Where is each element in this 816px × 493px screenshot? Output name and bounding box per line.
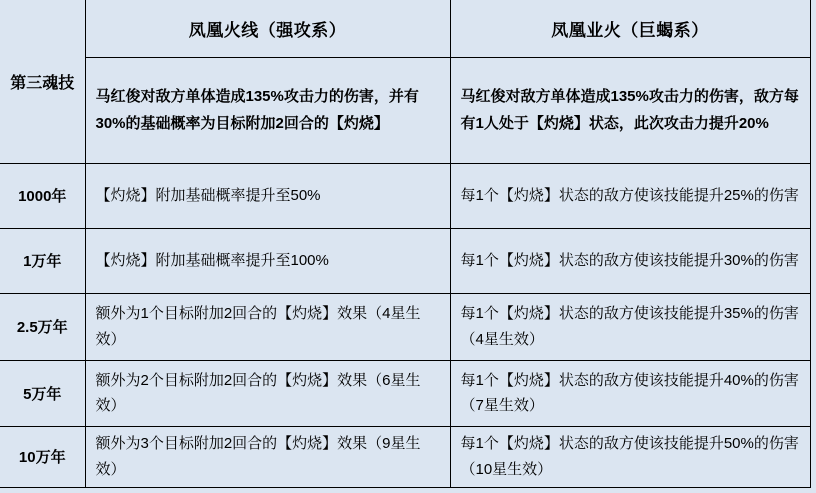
upgrade-1000-qianggong: 【灼烧】附加基础概率提升至50% [85,163,450,228]
header-row: 第三魂技 凤凰火线（强攻系） 凤凰业火（巨蝎系） [0,0,810,57]
row-label-50k: 5万年 [0,360,85,426]
skill-description-qianggong: 马红俊对敌方单体造成135%攻击力的伤害，并有30%的基础概率为目标附加2回合的… [85,57,450,163]
upgrade-25k-juxie: 每1个【灼烧】状态的敌方使该技能提升35%的伤害（4星生效） [450,293,810,360]
upgrade-50k-qianggong: 额外为2个目标附加2回合的【灼烧】效果（6星生效） [85,360,450,426]
skill-description-row: 马红俊对敌方单体造成135%攻击力的伤害，并有30%的基础概率为目标附加2回合的… [0,57,810,163]
upgrade-25k-qianggong: 额外为1个目标附加2回合的【灼烧】效果（4星生效） [85,293,450,360]
skill-description-juxie: 马红俊对敌方单体造成135%攻击力的伤害，敌方每有1人处于【灼烧】状态，此次攻击… [450,57,810,163]
table-row: 1万年 【灼烧】附加基础概率提升至100% 每1个【灼烧】状态的敌方使该技能提升… [0,228,810,293]
table-row: 1000年 【灼烧】附加基础概率提升至50% 每1个【灼烧】状态的敌方使该技能提… [0,163,810,228]
table-row: 2.5万年 额外为1个目标附加2回合的【灼烧】效果（4星生效） 每1个【灼烧】状… [0,293,810,360]
row-label-10k: 1万年 [0,228,85,293]
upgrade-100k-qianggong: 额外为3个目标附加2回合的【灼烧】效果（9星生效） [85,426,450,487]
upgrade-10k-juxie: 每1个【灼烧】状态的敌方使该技能提升30%的伤害 [450,228,810,293]
table-row: 10万年 额外为3个目标附加2回合的【灼烧】效果（9星生效） 每1个【灼烧】状态… [0,426,810,487]
upgrade-50k-juxie: 每1个【灼烧】状态的敌方使该技能提升40%的伤害（7星生效） [450,360,810,426]
column-header-juxie: 凤凰业火（巨蝎系） [450,0,810,57]
table-row: 5万年 额外为2个目标附加2回合的【灼烧】效果（6星生效） 每1个【灼烧】状态的… [0,360,810,426]
row-label-25k: 2.5万年 [0,293,85,360]
column-header-qianggong: 凤凰火线（强攻系） [85,0,450,57]
row-label-100k: 10万年 [0,426,85,487]
corner-label: 第三魂技 [0,0,85,163]
upgrade-10k-qianggong: 【灼烧】附加基础概率提升至100% [85,228,450,293]
upgrade-1000-juxie: 每1个【灼烧】状态的敌方使该技能提升25%的伤害 [450,163,810,228]
upgrade-100k-juxie: 每1个【灼烧】状态的敌方使该技能提升50%的伤害（10星生效） [450,426,810,487]
row-label-1000: 1000年 [0,163,85,228]
soul-skill-table: 第三魂技 凤凰火线（强攻系） 凤凰业火（巨蝎系） 马红俊对敌方单体造成135%攻… [0,0,811,488]
